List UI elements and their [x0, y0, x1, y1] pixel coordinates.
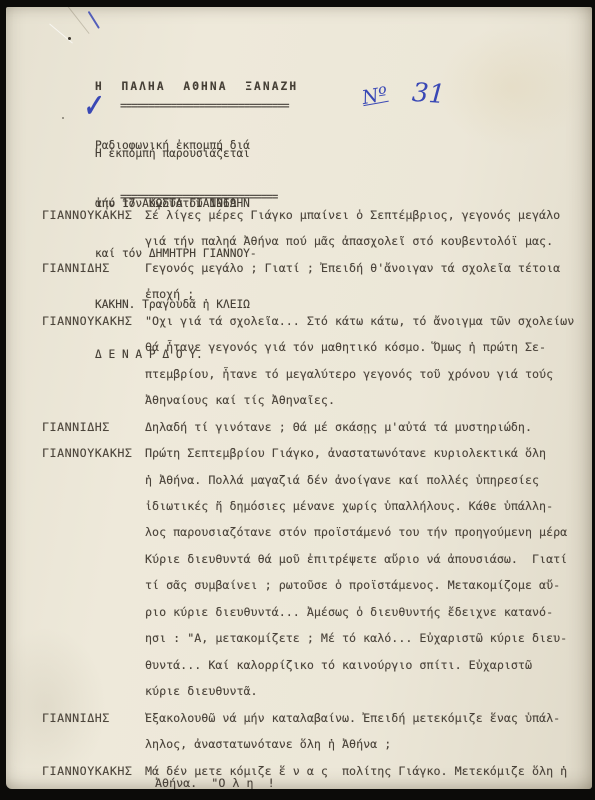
crease-mark	[60, 7, 89, 34]
dialogue-row: Κύριε διευθυντά θά μοῦ ἐπιτρέψετε αὔριο …	[6, 546, 592, 572]
dialogue-line: κύριε διευθυντᾶ.	[145, 678, 592, 704]
speaker-label: ΓΙΑΝΝΙΔΗΣ	[6, 255, 145, 281]
speaker-label	[6, 467, 145, 493]
dialogue-row: θυντά... Καί καλορρίζικο τό καινούργιο σ…	[6, 652, 592, 678]
dialogue-row: κύριε διευθυντᾶ.	[6, 678, 592, 704]
dialogue-row: ριο κύριε διευθυντά... Ἀμέσως ὁ διευθυντ…	[6, 599, 592, 625]
dialogue-line: Δηλαδή τί γινότανε ; Θά μέ σκάσῃς μ'αὐτά…	[145, 414, 592, 440]
speaker-label	[6, 493, 145, 519]
dialogue-line: ληλος, ἀναστατωνότανε ὅλη ἡ Ἀθήνα ;	[145, 731, 592, 757]
dialogue-script: ΓΙΑΝΝΟΥΚΑΚΗΣ Σέ λίγες μέρες Γιάγκο μπαίν…	[6, 202, 592, 789]
speaker-label	[6, 519, 145, 545]
dialogue-line: Ἀθηναίους καί τίς Ἀθηναῖες.	[145, 387, 592, 413]
dialogue-row: ΓΙΑΝΝΙΔΗΣ Δηλαδή τί γινότανε ; Θά μέ σκά…	[6, 414, 592, 440]
speaker-label	[6, 731, 145, 757]
speaker-label	[6, 334, 145, 360]
dialogue-line: πτεμβρίου, ἦτανε τό μεγαλύτερο γεγονός τ…	[145, 361, 592, 387]
dialogue-row: ἰδιωτικές ἤ δημόσιες μένανε χωρίς ὑπαλλή…	[6, 493, 592, 519]
dialogue-row: ἡ Ἀθήνα. Πολλά μαγαζιά δέν ἀνοίγανε καί …	[6, 467, 592, 493]
dialogue-line: Κύριε διευθυντά θά μοῦ ἐπιτρέψετε αὔριο …	[145, 546, 592, 572]
speaker-label	[6, 599, 145, 625]
dialogue-line: θυντά... Καί καλορρίζικο τό καινούργιο σ…	[145, 652, 592, 678]
dialogue-line: ησι : "Α, μετακομίζετε ; Μέ τό καλό... Ε…	[145, 625, 592, 651]
dialogue-line: ριο κύριε διευθυντά... Ἀμέσως ὁ διευθυντ…	[145, 599, 592, 625]
speaker-label	[6, 387, 145, 413]
dialogue-row: τί σᾶς συμβαίνει ; ρωτοῦσε ὁ προϊστάμενο…	[6, 572, 592, 598]
pen-mark	[88, 11, 100, 29]
speaker-label	[6, 361, 145, 387]
speaker-label: ΓΙΑΝΝΟΥΚΑΚΗΣ	[6, 440, 145, 466]
speaker-label	[6, 572, 145, 598]
dialogue-row: λος παρουσιαζότανε στόν προϊστάμενό του …	[6, 519, 592, 545]
dialogue-row: ησι : "Α, μετακομίζετε ; Μέ τό καλό... Ε…	[6, 625, 592, 651]
dialogue-row: ἐποχή ;	[6, 281, 592, 307]
dialogue-line: ἐποχή ;	[145, 281, 592, 307]
speaker-label	[6, 228, 145, 254]
dialogue-line: Ἀθήνα. "Ο λ η !	[145, 770, 592, 789]
speaker-label: ΓΙΑΝΝΟΥΚΑΚΗΣ	[6, 308, 145, 334]
handwritten-number-value: 31	[411, 78, 446, 110]
dialogue-line: Γεγονός μεγάλο ; Γιατί ; Ἐπειδή θ'ἄνοιγα…	[145, 255, 592, 281]
dialogue-line: "Οχι γιά τά σχολεῖα... Στό κάτω κάτω, τό…	[145, 308, 592, 334]
speaker-label	[6, 678, 145, 704]
dialogue-row: ληλος, ἀναστατωνότανε ὅλη ἡ Ἀθήνα ;	[6, 731, 592, 757]
speaker-label: ΓΙΑΝΝΙΔΗΣ	[6, 705, 145, 731]
dialogue-line: τί σᾶς συμβαίνει ; ρωτοῦσε ὁ προϊστάμενο…	[145, 572, 592, 598]
dialogue-row: ΓΙΑΝΝΟΥΚΑΚΗΣ Σέ λίγες μέρες Γιάγκο μπαίν…	[6, 202, 592, 228]
speaker-label: ΓΙΑΝΝΟΥΚΑΚΗΣ	[6, 202, 145, 228]
dialogue-row: πτεμβρίου, ἦτανε τό μεγαλύτερο γεγονός τ…	[6, 361, 592, 387]
speaker-label: ΓΙΑΝΝΙΔΗΣ	[6, 414, 145, 440]
dialogue-row: ΓΙΑΝΝΙΔΗΣ Ἐξακολουθῶ νά μήν καταλαβαίνω.…	[6, 705, 592, 731]
speaker-label	[6, 281, 145, 307]
dialogue-row: Ἀθήνα. "Ο λ η !	[6, 770, 592, 789]
dialogue-row: ΓΙΑΝΝΟΥΚΑΚΗΣ Πρώτη Σεπτεμβρίου Γιάγκο, ἀ…	[6, 440, 592, 466]
dialogue-line: λος παρουσιαζότανε στόν προϊστάμενό του …	[145, 519, 592, 545]
dialogue-line: Ἐξακολουθῶ νά μήν καταλαβαίνω. Ἐπειδή με…	[145, 705, 592, 731]
typed-separator: ==============================	[120, 99, 289, 112]
dialogue-line: θά ἦτανε γεγονός γιά τόν μαθητικό κόσμο.…	[145, 334, 592, 360]
dialogue-line: Πρώτη Σεπτεμβρίου Γιάγκο, ἀναστατωνότανε…	[145, 440, 592, 466]
dialogue-row: θά ἦτανε γεγονός γιά τόν μαθητικό κόσμο.…	[6, 334, 592, 360]
speaker-label	[6, 546, 145, 572]
scanned-document-screenshot: { "document": { "header": { "title": "Η …	[0, 0, 595, 800]
ink-speck	[68, 37, 71, 40]
document-page: Η ΠΑΛΗΑ ΑΘΗΝΑ ΞΑΝΑΖΗ Ραδιοφωνική ἐκπομπή…	[6, 7, 592, 789]
speaker-label	[6, 770, 145, 789]
speaker-label	[6, 625, 145, 651]
ink-speck	[62, 117, 64, 119]
dialogue-row: ΓΙΑΝΝΟΥΚΑΚΗΣ "Οχι γιά τά σχολεῖα... Στό …	[6, 308, 592, 334]
paper-stain	[436, 27, 586, 147]
document-title: Η ΠΑΛΗΑ ΑΘΗΝΑ ΞΑΝΑΖΗ	[95, 77, 298, 97]
dialogue-row: Ἀθηναίους καί τίς Ἀθηναῖες.	[6, 387, 592, 413]
crease-mark	[49, 23, 73, 43]
dialogue-line: ἡ Ἀθήνα. Πολλά μαγαζιά δέν ἀνοίγανε καί …	[145, 467, 592, 493]
dialogue-line: ἰδιωτικές ἤ δημόσιες μένανε χωρίς ὑπαλλή…	[145, 493, 592, 519]
credits-line: Η ἐκπομπή παρουσιάζεται	[95, 146, 257, 163]
dialogue-row: ΓΙΑΝΝΙΔΗΣ Γεγονός μεγάλο ; Γιατί ; Ἐπειδ…	[6, 255, 592, 281]
dialogue-row: γιά τήν παληά Ἀθήνα πού μᾶς ἀπασχολεῖ στ…	[6, 228, 592, 254]
dialogue-line: γιά τήν παληά Ἀθήνα πού μᾶς ἀπασχολεῖ στ…	[145, 228, 592, 254]
dialogue-line: Σέ λίγες μέρες Γιάγκο μπαίνει ὁ Σεπτέμβρ…	[145, 202, 592, 228]
speaker-label	[6, 652, 145, 678]
handwritten-number-label: Nº	[360, 83, 389, 109]
